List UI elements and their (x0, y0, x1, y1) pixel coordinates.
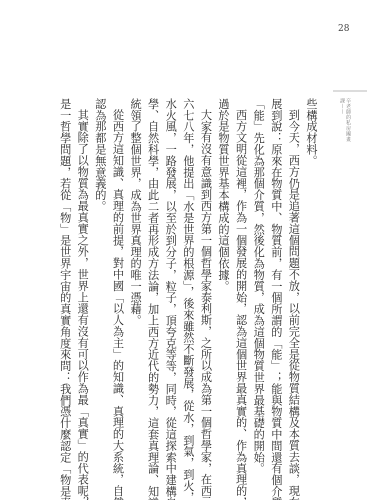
page-number: 28 (338, 24, 349, 34)
text-column: 大家有沒有意識到西方第一個哲學家泰利斯，之所以成為第一個哲學家，在西元前 (197, 98, 215, 438)
text-column: 西方文明從這裡，作為一個發展的開始，認為這個世界最真實的、作為真理的，莫 (232, 98, 250, 438)
text-column: 學、自然科學，由此二者再形成方法論，加上西方近代的勢力，這套真理論、知識論， (144, 98, 162, 438)
running-header: 辛老師的私房國畫課—— (331, 88, 367, 146)
text-column: 「能」先化為那個介質，然後化為物質，成為這個物質世界最基礎的開始。 (250, 98, 268, 438)
text-column: 六七八年，他提出「水是世界的根源」，後來雖然不斷發展，從水，到氣，到火，到地 (179, 98, 197, 438)
text-column: 其實除了以物質為最真實之外，世界上還有沒有可以作為最「真實」的代表呢？這 (74, 98, 92, 438)
text-column: 展到說：原來在物質中、物質前，有一個所謂的「能」；能與物質中間還有個介質， (267, 98, 285, 438)
text-column: 水火風，一路發展，以至於到分子，粒子，頂夸克等等，同時，從這探索中建構自然哲 (162, 98, 180, 438)
body-text: 些構成材料。 到今天，西方仍是追著這個問題不放，以前完全是從物質結構及本質去談，… (44, 98, 320, 438)
text-column: 過於是物質世界基本構成的這個依據。 (214, 98, 232, 438)
running-header-title: 辛老師的私房國畫課—— (339, 98, 351, 146)
text-column: 從西方這知識、真理的前提，對中國「以人為主」的知識、真理的大系統，自然會 (109, 98, 127, 438)
text-column: 些構成材料。 (302, 98, 320, 438)
text-column: 是一哲學問題，若從「物」是世界宇宙的真實角度來問：我們憑什麼認定「物是真理， (56, 98, 74, 438)
header-rule (333, 90, 367, 92)
text-column: 到今天，西方仍是追著這個問題不放，以前完全是從物質結構及本質去談，現在發 (285, 98, 303, 438)
text-column: 統領了整個世界，成為世界真理的唯一憑藉。 (126, 98, 144, 438)
text-column: 認為那都是無意義的。 (91, 98, 109, 438)
